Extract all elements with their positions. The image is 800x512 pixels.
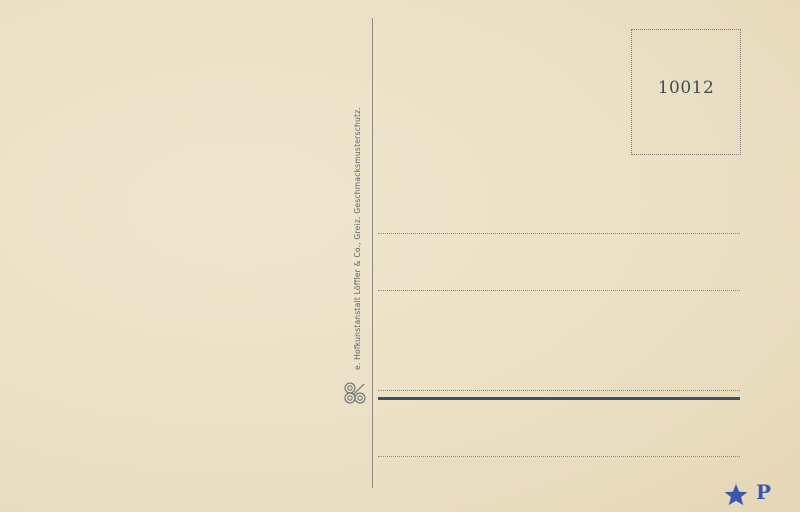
address-line-2 [378, 290, 740, 291]
address-line-3 [378, 390, 740, 391]
address-underline-solid [378, 397, 740, 400]
postcard-back: e. Hofkunstanstalt Löffler & Co., Greiz.… [0, 0, 800, 512]
stamp-letter: P [756, 480, 771, 504]
center-divider-line [372, 18, 373, 488]
publisher-imprint: e. Hofkunstanstalt Löffler & Co., Greiz.… [353, 107, 362, 370]
publisher-imprint-area: e. Hofkunstanstalt Löffler & Co., Greiz.… [350, 70, 364, 370]
stamp-box-number: 10012 [632, 78, 740, 98]
address-line-1 [378, 233, 740, 234]
clover-monogram-icon [342, 380, 368, 406]
stamp-placement-box: 10012 [631, 29, 741, 155]
star-icon [723, 482, 749, 508]
collector-stamp-mark: P [723, 480, 783, 508]
address-line-4 [378, 456, 740, 457]
